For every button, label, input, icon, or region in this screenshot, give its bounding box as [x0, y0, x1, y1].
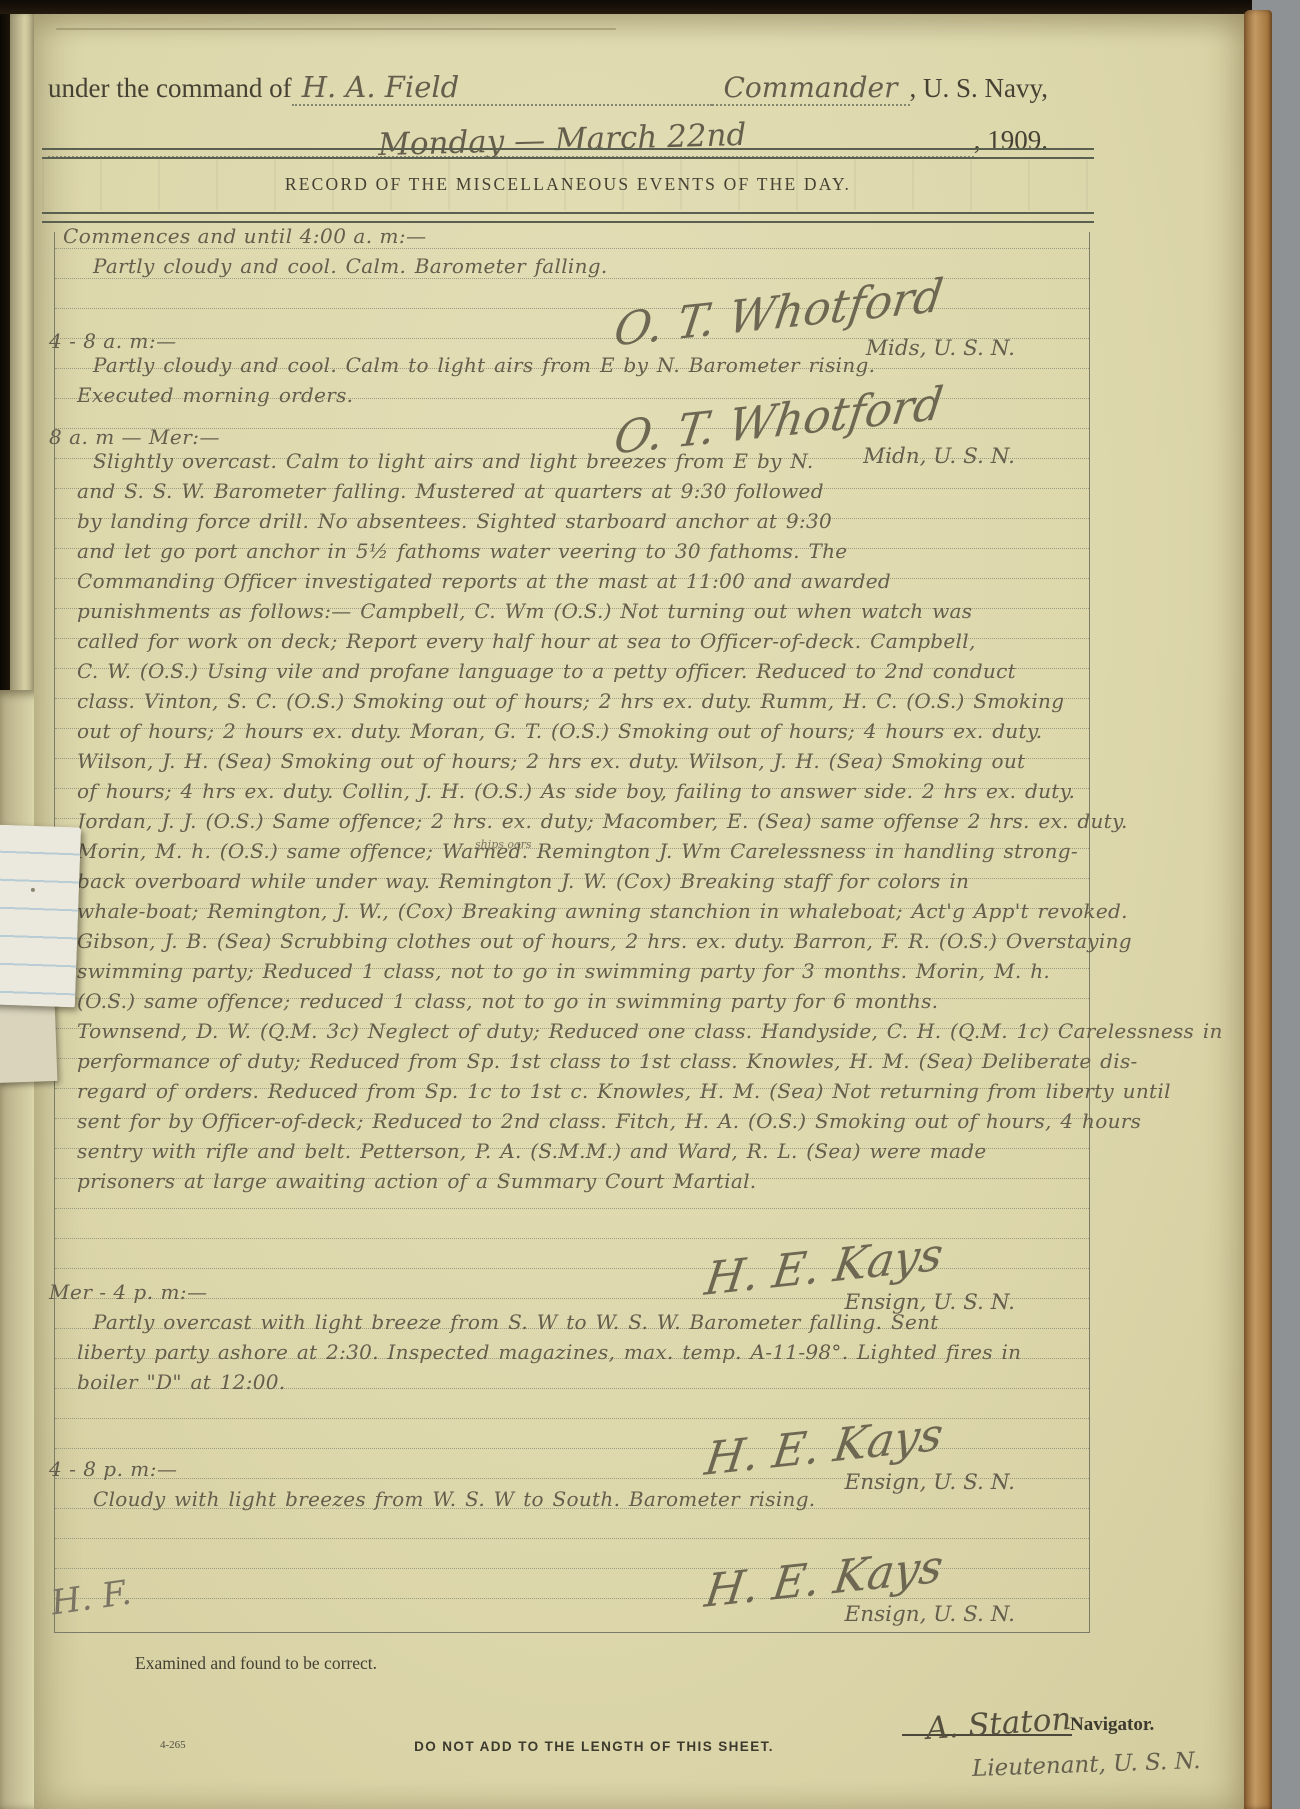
- commander-name-handwriting: H. A. Field: [292, 70, 500, 104]
- signature-block: H. E. KaysEnsign, U. S. N.: [583, 1556, 1063, 1628]
- log-line: and let go port anchor in 5½ fathoms wat…: [77, 539, 847, 563]
- log-heading: 4 - 8 p. m:—: [49, 1457, 178, 1481]
- signature-block: H. E. KaysEnsign, U. S. N.: [583, 1244, 1063, 1316]
- log-line: out of hours; 2 hours ex. duty. Moran, G…: [77, 719, 1042, 743]
- signature-rank: Ensign, U. S. N.: [845, 1470, 1015, 1495]
- log-line: Cloudy with light breezes from W. S. W t…: [93, 1487, 815, 1511]
- log-line: Slightly overcast. Calm to light airs an…: [93, 449, 813, 473]
- previous-sheet-edge: [56, 28, 616, 30]
- log-line: Gibson, J. B. (Sea) Scrubbing clothes ou…: [77, 929, 1132, 953]
- signature-rank: Mids, U. S. N.: [866, 336, 1015, 361]
- log-line: called for work on deck; Report every ha…: [77, 629, 976, 653]
- command-line: under the command of H. A. Field Command…: [48, 70, 1048, 106]
- book-top-binding: [0, 0, 1252, 14]
- log-line: boiler "D" at 12:00.: [77, 1370, 286, 1394]
- log-line: punishments as follows:— Campbell, C. Wm…: [77, 599, 972, 623]
- rank-field: Commander: [712, 71, 910, 106]
- examined-statement: Examined and found to be correct.: [135, 1653, 377, 1674]
- section-title: RECORD OF THE MISCELLANEOUS EVENTS OF TH…: [42, 174, 1094, 195]
- log-line: Townsend, D. W. (Q.M. 3c) Neglect of dut…: [77, 1019, 1223, 1043]
- log-line: performance of duty; Reduced from Sp. 1s…: [77, 1049, 1138, 1073]
- log-line: prisoners at large awaiting action of a …: [77, 1169, 756, 1193]
- signature-block: H. E. KaysEnsign, U. S. N.: [583, 1424, 1063, 1496]
- log-line: Partly overcast with light breeze from S…: [93, 1310, 939, 1334]
- navigator-label: Navigator.: [1070, 1714, 1154, 1736]
- logbook-scan: under the command of H. A. Field Command…: [0, 0, 1300, 1809]
- ruled-area: Commences and until 4:00 a. m:—Partly cl…: [54, 232, 1090, 1633]
- log-line: whale-boat; Remington, J. W., (Cox) Brea…: [77, 899, 1128, 923]
- log-line: swimming party; Reduced 1 class, not to …: [77, 959, 1050, 983]
- log-page: under the command of H. A. Field Command…: [34, 12, 1246, 1809]
- commander-name-field: H. A. Field: [292, 70, 712, 106]
- ruled-line: [55, 1208, 1089, 1209]
- log-line: Wilson, J. H. (Sea) Smoking out of hours…: [77, 749, 1025, 773]
- rank-handwriting: Commander: [712, 71, 910, 104]
- log-heading: 4 - 8 a. m:—: [49, 329, 177, 353]
- signature-rank: Midn, U. S. N.: [863, 444, 1015, 469]
- log-line: Executed morning orders.: [77, 383, 353, 407]
- navy-suffix-text: , U. S. Navy,: [910, 73, 1049, 106]
- navigator-rank: Lieutenant, U. S. N.: [972, 1748, 1201, 1782]
- do-not-add-notice: DO NOT ADD TO THE LENGTH OF THIS SHEET.: [334, 1739, 854, 1754]
- navigator-signature: A. Staton: [925, 1701, 1073, 1747]
- log-line: by landing force drill. No absentees. Si…: [77, 509, 832, 533]
- log-line: Morin, M. h. (O.S.) same offence; Warned…: [77, 839, 1078, 863]
- inserted-lined-slip: [0, 825, 81, 1008]
- signature-rank: Ensign, U. S. N.: [845, 1602, 1015, 1627]
- log-heading: 8 a. m — Mer:—: [49, 425, 220, 449]
- log-heading: Mer - 4 p. m:—: [49, 1280, 208, 1304]
- log-line: C. W. (O.S.) Using vile and profane lang…: [77, 659, 1016, 683]
- log-line: liberty party ashore at 2:30. Inspected …: [77, 1340, 1021, 1364]
- log-line: regard of orders. Reduced from Sp. 1c to…: [77, 1079, 1171, 1103]
- log-heading: Commences and until 4:00 a. m:—: [63, 224, 427, 248]
- log-line: and S. S. W. Barometer falling. Mustered…: [77, 479, 824, 503]
- inserted-cream-slip: [0, 999, 57, 1083]
- log-line: sentry with rifle and belt. Petterson, P…: [77, 1139, 986, 1163]
- log-line: sent for by Officer-of-deck; Reduced to …: [77, 1109, 1141, 1133]
- book-fore-edge: [1244, 10, 1272, 1809]
- log-line: back overboard while under way. Remingto…: [77, 869, 969, 893]
- command-prefix-text: under the command of: [48, 73, 292, 106]
- form-number: 4-265: [160, 1739, 186, 1751]
- log-line: Commanding Officer investigated reports …: [77, 569, 891, 593]
- ruled-line: [55, 1538, 1089, 1539]
- signature-block: O. T. WhotfordMids, U. S. N.: [583, 290, 1063, 362]
- ruled-line: [55, 248, 1089, 249]
- log-line: of hours; 4 hrs ex. duty. Collin, J. H. …: [77, 779, 1075, 803]
- log-line: class. Vinton, S. C. (O.S.) Smoking out …: [77, 689, 1064, 713]
- log-line: (O.S.) same offence; reduced 1 class, no…: [77, 989, 938, 1013]
- log-line: Jordan, J. J. (O.S.) Same offence; 2 hrs…: [77, 809, 1128, 833]
- log-line: Partly cloudy and cool. Calm. Barometer …: [93, 254, 608, 278]
- double-rule-bottom: [42, 212, 1094, 223]
- log-line: Partly cloudy and cool. Calm to light ai…: [93, 353, 875, 377]
- slip-dot: [31, 888, 35, 892]
- clerk-initials: H. F.: [49, 1573, 134, 1624]
